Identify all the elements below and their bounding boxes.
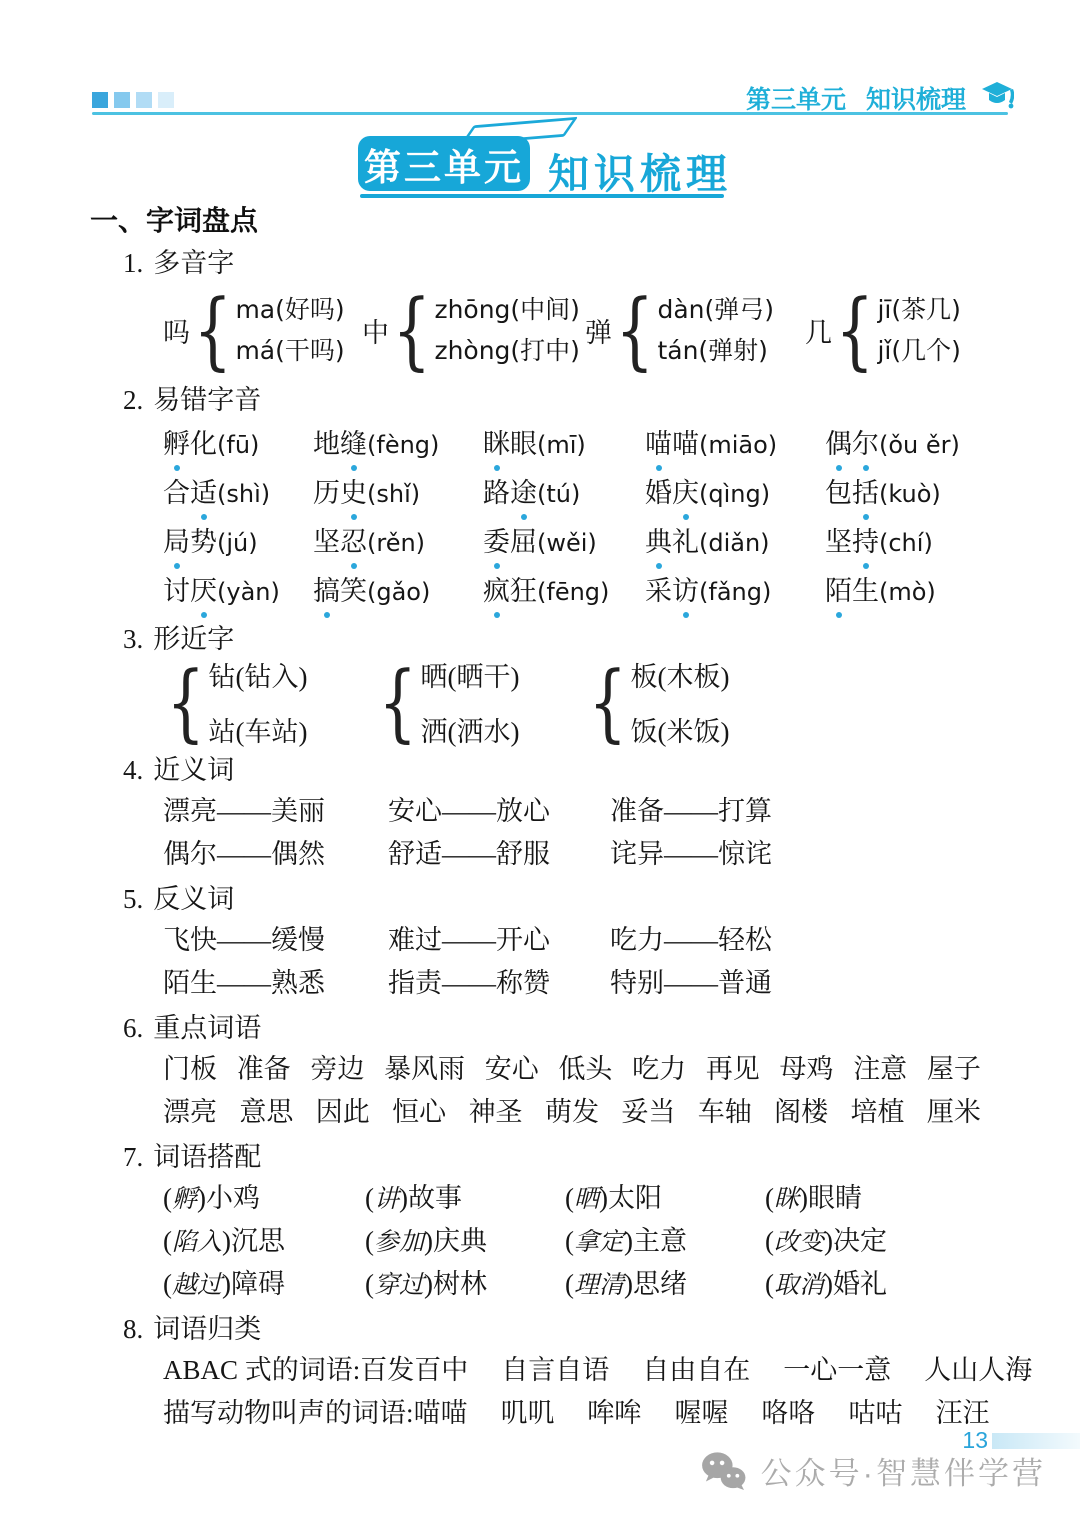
- pinyin-row: 局势(jú)坚忍(rěn)委屈(wěi)典礼(diǎn)坚持(chí): [163, 515, 1014, 564]
- word: 典礼: [645, 527, 699, 557]
- pair-bottom: 洒(洒水): [420, 710, 519, 749]
- char: 眯: [483, 422, 510, 461]
- word: 坚持: [825, 527, 879, 557]
- pinyin-item: 喵喵(miāo): [645, 422, 825, 461]
- antonym-pair: 特别——普通: [610, 961, 1014, 1000]
- lookalike-pair: 晒(晒干)洒(洒水): [420, 655, 519, 749]
- lookalike-group: {钻(钻入)站(车站): [163, 660, 375, 744]
- square-icon: [136, 92, 152, 108]
- grouping-word: 喔喔: [675, 1391, 729, 1430]
- word: 疯狂: [483, 576, 537, 606]
- fill-word: 参加: [374, 1229, 424, 1256]
- char: 地: [313, 422, 340, 461]
- char: 缝: [340, 422, 367, 461]
- char: 屈: [510, 520, 537, 559]
- head-word: 太阳: [608, 1183, 662, 1213]
- pinyin-item: 陌生(mò): [825, 569, 1014, 608]
- word: 地缝: [313, 429, 367, 459]
- header-squares: [92, 92, 174, 108]
- keyword: 旁边: [310, 1047, 364, 1086]
- square-icon: [92, 92, 108, 108]
- head-word: 障碍: [231, 1269, 285, 1299]
- item-heading-keywords: 6.重点词语: [123, 1013, 1014, 1043]
- banner-box: 第三单元: [358, 136, 530, 191]
- char: 势: [190, 520, 217, 559]
- brace-icon: {: [378, 660, 416, 744]
- pinyin-rows: 孵化(fū)地缝(fèng)眯眼(mī)喵喵(miāo)偶尔(ǒu ěr)合适(…: [90, 417, 1014, 613]
- collocation: (穿过)树林: [365, 1262, 565, 1301]
- watermark-text: 公众号·智慧伴学营: [761, 1448, 1046, 1493]
- fill-word: 理清: [574, 1272, 624, 1299]
- pinyin-item: 孵化(fū): [163, 422, 313, 461]
- collocation-row: (越过)障碍(穿过)树林(理清)思绪(取消)婚礼: [163, 1260, 1014, 1303]
- grouping-words: 百发百中自言自语自由自在一心一意人山人海: [360, 1348, 1032, 1387]
- square-icon: [114, 92, 130, 108]
- antonym-rows: 飞快——缓慢难过——开心吃力——轻松陌生——熟悉指责——称赞特别——普通: [90, 916, 1014, 1002]
- pinyin: (wěi): [537, 529, 597, 557]
- fill-word: 讲: [374, 1186, 399, 1213]
- lookalike-groups: {钻(钻入)站(车站){晒(晒干)洒(洒水){板(木板)饭(米饭): [163, 660, 1014, 744]
- keyword: 阁楼: [774, 1090, 828, 1129]
- keyword: 车轴: [698, 1090, 752, 1129]
- pinyin: (shǐ): [367, 480, 420, 508]
- pinyin-item: 局势(jú): [163, 520, 313, 559]
- collocation: (参加)庆典: [365, 1219, 565, 1258]
- char: 讨: [163, 569, 190, 608]
- synonym-pair: 准备——打算: [610, 789, 1014, 828]
- pinyin-item: 地缝(fèng): [313, 422, 483, 461]
- pinyin: (ǒu ěr): [879, 431, 960, 459]
- paren: ): [824, 1269, 833, 1299]
- polyphone-group: 弹{dàn(弹弓)tán(弹射): [585, 286, 805, 374]
- word: 委屈: [483, 527, 537, 557]
- brace-icon: {: [588, 660, 626, 744]
- lookalike-pair: 钻(钻入)站(车站): [208, 655, 307, 749]
- polyphone-readings: jī(茶几)jǐ(几个): [877, 297, 960, 364]
- keyword: 低头: [558, 1047, 612, 1086]
- keyword: 暴风雨: [384, 1047, 465, 1086]
- synonym-pair-row: 偶尔——偶然舒适——舒服诧异——惊诧: [163, 830, 1014, 873]
- keyword: 再见: [706, 1047, 760, 1086]
- head-word: 沉思: [231, 1226, 285, 1256]
- char: 尔: [852, 422, 879, 461]
- pinyin-item: 眯眼(mī): [483, 422, 645, 461]
- synonym-pair: 安心——放心: [388, 789, 610, 828]
- brace-icon: {: [615, 288, 653, 372]
- header-corner: 第三单元 知识梳理: [746, 80, 1014, 116]
- paren: (: [365, 1226, 374, 1256]
- word: 局势: [163, 527, 217, 557]
- item-number: 2.: [123, 385, 143, 415]
- antonym-pair: 飞快——缓慢: [163, 918, 388, 957]
- pinyin-item: 讨厌(yàn): [163, 569, 313, 608]
- reading-bottom: zhòng(打中): [434, 338, 579, 364]
- char: 礼: [672, 520, 699, 559]
- char: 局: [163, 520, 190, 559]
- fill-word: 越过: [172, 1272, 222, 1299]
- pair-top: 晒(晒干): [420, 655, 519, 694]
- word: 包括: [825, 478, 879, 508]
- pinyin-item: 疯狂(fēng): [483, 569, 645, 608]
- corner-title-label: 知识梳理: [866, 80, 966, 116]
- collocation-row: (孵)小鸡(讲)故事(晒)太阳(眯)眼睛: [163, 1174, 1014, 1217]
- grouping-word: 一心一意: [783, 1348, 891, 1387]
- paren: (: [765, 1269, 774, 1299]
- paren: (: [565, 1183, 574, 1213]
- content: 一、字词盘点 1.多音字 吗{ma(好吗)má(干吗)中{zhōng(中间)zh…: [90, 205, 1014, 1432]
- keyword: 注意: [853, 1047, 907, 1086]
- paren: ): [222, 1269, 231, 1299]
- keyword: 因此: [316, 1090, 370, 1129]
- item-title: 近义词: [153, 755, 234, 785]
- synonym-pair-row: 漂亮——美丽安心——放心准备——打算: [163, 787, 1014, 830]
- lookalike-pair: 板(木板)饭(米饭): [630, 655, 729, 749]
- pinyin: (jú): [217, 529, 258, 557]
- word: 搞笑: [313, 576, 367, 606]
- item-title: 词语归类: [153, 1314, 261, 1344]
- watermark: 公众号·智慧伴学营: [701, 1448, 1046, 1493]
- fill-word: 晒: [574, 1186, 599, 1213]
- paren: (: [163, 1226, 172, 1256]
- grouping-word: 叽叽: [501, 1391, 555, 1430]
- keyword: 意思: [239, 1090, 293, 1129]
- item-number: 3.: [123, 624, 143, 654]
- paren: (: [365, 1183, 374, 1213]
- fill-word: 拿定: [574, 1229, 624, 1256]
- fill-word: 改变: [774, 1229, 824, 1256]
- pinyin-item: 典礼(diǎn): [645, 520, 825, 559]
- char: 包: [825, 471, 852, 510]
- item-number: 5.: [123, 884, 143, 914]
- brace-icon: {: [392, 288, 430, 372]
- pair-bottom: 站(车站): [208, 710, 307, 749]
- grouping-word: 咯咯: [762, 1391, 816, 1430]
- paren: ): [399, 1183, 408, 1213]
- pinyin-item: 婚庆(qìng): [645, 471, 825, 510]
- synonym-rows: 漂亮——美丽安心——放心准备——打算偶尔——偶然舒适——舒服诧异——惊诧: [90, 787, 1014, 873]
- page-number-bar: [992, 1433, 1080, 1449]
- paren: ): [799, 1183, 808, 1213]
- keyword: 准备: [237, 1047, 291, 1086]
- grouping-line: 描写动物叫声的词语:喵喵叽叽哞哞喔喔咯咯咕咕汪汪: [163, 1389, 1014, 1432]
- item-title: 形近字: [153, 624, 234, 654]
- pinyin: (fū): [217, 431, 259, 459]
- char: 陌: [825, 569, 852, 608]
- pinyin-item: 搞笑(gǎo): [313, 569, 483, 608]
- pair-top: 钻(钻入): [208, 655, 307, 694]
- lookalike-group: {板(木板)饭(米饭): [585, 660, 729, 744]
- paren: ): [197, 1183, 206, 1213]
- char: 坚: [825, 520, 852, 559]
- pinyin-row: 孵化(fū)地缝(fèng)眯眼(mī)喵喵(miāo)偶尔(ǒu ěr): [163, 417, 1014, 466]
- pinyin: (rěn): [367, 529, 425, 557]
- word: 眯眼: [483, 429, 537, 459]
- lookalike-group: {晒(晒干)洒(洒水): [375, 660, 585, 744]
- char: 路: [483, 471, 510, 510]
- head-word: 眼睛: [808, 1183, 862, 1213]
- grouping-rows: ABAC 式的词语:百发百中自言自语自由自在一心一意人山人海描写动物叫声的词语:…: [90, 1346, 1014, 1432]
- item-title: 反义词: [153, 884, 234, 914]
- char: 庆: [672, 471, 699, 510]
- grouping-label: 描写动物叫声的词语:: [163, 1391, 414, 1430]
- char: 括: [852, 471, 879, 510]
- collocation: (眯)眼睛: [765, 1176, 1014, 1215]
- char: 典: [645, 520, 672, 559]
- item-number: 8.: [123, 1314, 143, 1344]
- antonym-pair-row: 陌生——熟悉指责——称赞特别——普通: [163, 959, 1014, 1002]
- char: 持: [852, 520, 879, 559]
- item-title: 多音字: [153, 248, 234, 278]
- pinyin-row: 合适(shì)历史(shǐ)路途(tú)婚庆(qìng)包括(kuò): [163, 466, 1014, 515]
- pair-bottom: 饭(米饭): [630, 710, 729, 749]
- collocation: (改变)决定: [765, 1219, 1014, 1258]
- item-number: 6.: [123, 1013, 143, 1043]
- paren: ): [624, 1269, 633, 1299]
- pinyin: (gǎo): [367, 578, 430, 606]
- keyword: 妥当: [621, 1090, 675, 1129]
- grouping-label: ABAC 式的词语:: [163, 1348, 360, 1387]
- paren: (: [765, 1226, 774, 1256]
- pinyin-item: 包括(kuò): [825, 471, 1014, 510]
- grouping-word: 哞哞: [588, 1391, 642, 1430]
- grouping-word: 百发百中: [360, 1348, 468, 1387]
- word: 历史: [313, 478, 367, 508]
- grouping-word: 喵喵: [414, 1391, 468, 1430]
- collocation: (孵)小鸡: [163, 1176, 365, 1215]
- char: 婚: [645, 471, 672, 510]
- word: 坚忍: [313, 527, 367, 557]
- banner-title: 知识梳理: [548, 141, 732, 200]
- pinyin-item: 委屈(wěi): [483, 520, 645, 559]
- char: 史: [340, 471, 367, 510]
- pinyin: (fèng): [367, 431, 439, 459]
- item-number: 7.: [123, 1142, 143, 1172]
- item-heading-polyphones: 1.多音字: [123, 248, 1014, 278]
- paren: ): [424, 1269, 433, 1299]
- word: 孵化: [163, 429, 217, 459]
- corner-unit-label: 第三单元: [746, 80, 846, 116]
- word: 陌生: [825, 576, 879, 606]
- polyphone-groups: 吗{ma(好吗)má(干吗)中{zhōng(中间)zhòng(打中)弹{dàn(…: [163, 286, 1014, 374]
- keyword: 萌发: [545, 1090, 599, 1129]
- paren: ): [424, 1226, 433, 1256]
- word: 讨厌: [163, 576, 217, 606]
- paren: (: [565, 1269, 574, 1299]
- head-word: 庆典: [433, 1226, 487, 1256]
- grouping-word: 人山人海: [924, 1348, 1032, 1387]
- head-word: 故事: [408, 1183, 462, 1213]
- keyword: 培植: [851, 1090, 905, 1129]
- char: 喵: [672, 422, 699, 461]
- collocation: (陷入)沉思: [163, 1219, 365, 1258]
- pinyin: (mī): [537, 431, 586, 459]
- word: 喵喵: [645, 429, 699, 459]
- char: 采: [645, 569, 672, 608]
- keyword-rows: 门板准备旁边暴风雨安心低头吃力再见母鸡注意屋子漂亮意思因此恒心神圣萌发妥当车轴阁…: [90, 1045, 1014, 1131]
- collocation: (晒)太阳: [565, 1176, 765, 1215]
- pinyin: (tú): [537, 480, 580, 508]
- pinyin: (shì): [217, 480, 270, 508]
- synonym-pair: 舒适——舒服: [388, 832, 610, 871]
- paren: (: [163, 1269, 172, 1299]
- item-heading-synonyms: 4.近义词: [123, 755, 1014, 785]
- polyphone-readings: zhōng(中间)zhòng(打中): [434, 297, 579, 364]
- collocation: (拿定)主意: [565, 1219, 765, 1258]
- collocation-row: (陷入)沉思(参加)庆典(拿定)主意(改变)决定: [163, 1217, 1014, 1260]
- fill-word: 取消: [774, 1272, 824, 1299]
- char: 化: [190, 422, 217, 461]
- pinyin: (qìng): [699, 480, 770, 508]
- keyword: 神圣: [469, 1090, 523, 1129]
- pinyin-item: 采访(fǎng): [645, 569, 825, 608]
- char: 生: [852, 569, 879, 608]
- pinyin: (fēng): [537, 578, 609, 606]
- fill-word: 眯: [774, 1186, 799, 1213]
- head-word: 思绪: [633, 1269, 687, 1299]
- paren: ): [599, 1183, 608, 1213]
- polyphone-group: 中{zhōng(中间)zhòng(打中): [362, 286, 585, 374]
- word: 路途: [483, 478, 537, 508]
- paren: (: [365, 1269, 374, 1299]
- collocation: (取消)婚礼: [765, 1262, 1014, 1301]
- item-title: 重点词语: [153, 1013, 261, 1043]
- item-title: 词语搭配: [153, 1142, 261, 1172]
- char: 适: [190, 471, 217, 510]
- reading-top: dàn(弹弓): [657, 297, 774, 323]
- pinyin-item: 路途(tú): [483, 471, 645, 510]
- char: 访: [672, 569, 699, 608]
- char: 坚: [313, 520, 340, 559]
- pinyin: (yàn): [217, 578, 280, 606]
- item-heading-collocations: 7.词语搭配: [123, 1142, 1014, 1172]
- graduation-cap-icon: [980, 78, 1014, 110]
- char: 历: [313, 471, 340, 510]
- banner-unit: 第三单元: [364, 137, 524, 191]
- pinyin-item: 合适(shì): [163, 471, 313, 510]
- reading-bottom: jǐ(几个): [877, 338, 960, 364]
- word: 采访: [645, 576, 699, 606]
- item-heading-error-prone: 2.易错字音: [123, 385, 1014, 415]
- char: 喵: [645, 422, 672, 461]
- brace-icon: {: [835, 288, 873, 372]
- fill-word: 陷入: [172, 1229, 222, 1256]
- fill-word: 穿过: [374, 1272, 424, 1299]
- keyword: 厘米: [927, 1090, 981, 1129]
- pinyin-item: 坚持(chí): [825, 520, 1014, 559]
- word: 偶尔: [825, 429, 879, 459]
- keyword: 漂亮: [163, 1090, 217, 1129]
- antonym-pair: 难过——开心: [388, 918, 610, 957]
- brace-icon: {: [166, 660, 204, 744]
- banner-underline: [360, 194, 724, 198]
- keyword: 恒心: [392, 1090, 446, 1129]
- grouping-word: 咕咕: [849, 1391, 903, 1430]
- head-word: 小鸡: [206, 1183, 260, 1213]
- keyword-row: 漂亮意思因此恒心神圣萌发妥当车轴阁楼培植厘米: [163, 1088, 981, 1131]
- paren: ): [624, 1226, 633, 1256]
- pinyin-item: 历史(shǐ): [313, 471, 483, 510]
- char: 疯: [483, 569, 510, 608]
- char: 偶: [825, 422, 852, 461]
- paren: (: [163, 1183, 172, 1213]
- item-heading-lookalike: 3.形近字: [123, 624, 1014, 654]
- grouping-word: 自由自在: [642, 1348, 750, 1387]
- item-number: 4.: [123, 755, 143, 785]
- char: 眼: [510, 422, 537, 461]
- pair-top: 板(木板): [630, 655, 729, 694]
- item-number: 1.: [123, 248, 143, 278]
- pinyin: (diǎn): [699, 529, 770, 557]
- polyphone-char: 弹: [585, 311, 612, 350]
- pinyin: (kuò): [879, 480, 941, 508]
- collocation-rows: (孵)小鸡(讲)故事(晒)太阳(眯)眼睛(陷入)沉思(参加)庆典(拿定)主意(改…: [90, 1174, 1014, 1303]
- wechat-icon: [701, 1451, 747, 1491]
- item-title: 易错字音: [153, 385, 261, 415]
- synonym-pair: 偶尔——偶然: [163, 832, 388, 871]
- char: 委: [483, 520, 510, 559]
- paren: (: [765, 1183, 774, 1213]
- polyphone-group: 吗{ma(好吗)má(干吗): [163, 286, 362, 374]
- char: 途: [510, 471, 537, 510]
- keyword: 母鸡: [780, 1047, 834, 1086]
- antonym-pair: 陌生——熟悉: [163, 961, 388, 1000]
- word: 合适: [163, 478, 217, 508]
- pinyin-row: 讨厌(yàn)搞笑(gǎo)疯狂(fēng)采访(fǎng)陌生(mò): [163, 564, 1014, 613]
- char: 合: [163, 471, 190, 510]
- head-word: 婚礼: [833, 1269, 887, 1299]
- pinyin: (fǎng): [699, 578, 771, 606]
- item-heading-grouping: 8.词语归类: [123, 1314, 1014, 1344]
- reading-top: ma(好吗): [235, 297, 344, 323]
- pinyin-item: 偶尔(ǒu ěr): [825, 422, 1014, 461]
- pinyin: (miāo): [699, 431, 777, 459]
- reading-top: jī(茶几): [877, 297, 960, 323]
- polyphone-char: 吗: [163, 311, 190, 350]
- collocation: (理清)思绪: [565, 1262, 765, 1301]
- reading-bottom: má(干吗): [235, 338, 344, 364]
- section-heading: 一、字词盘点: [90, 205, 1014, 237]
- polyphone-readings: ma(好吗)má(干吗): [235, 297, 344, 364]
- char: 忍: [340, 520, 367, 559]
- square-icon: [158, 92, 174, 108]
- antonym-pair: 指责——称赞: [388, 961, 610, 1000]
- pinyin: (chí): [879, 529, 933, 557]
- pinyin-item: 坚忍(rěn): [313, 520, 483, 559]
- item-heading-antonyms: 5.反义词: [123, 884, 1014, 914]
- synonym-pair: 漂亮——美丽: [163, 789, 388, 828]
- polyphone-readings: dàn(弹弓)tán(弹射): [657, 297, 774, 364]
- reading-top: zhōng(中间): [434, 297, 579, 323]
- polyphone-char: 几: [805, 311, 832, 350]
- head-word: 决定: [833, 1226, 887, 1256]
- grouping-line: ABAC 式的词语:百发百中自言自语自由自在一心一意人山人海: [163, 1346, 1014, 1389]
- grouping-words: 喵喵叽叽哞哞喔喔咯咯咕咕汪汪: [414, 1391, 990, 1430]
- char: 孵: [163, 422, 190, 461]
- char: 狂: [510, 569, 537, 608]
- paren: ): [222, 1226, 231, 1256]
- paren: ): [824, 1226, 833, 1256]
- polyphone-group: 几{jī(茶几)jǐ(几个): [805, 286, 961, 374]
- head-word: 树林: [433, 1269, 487, 1299]
- grouping-word: 汪汪: [936, 1391, 990, 1430]
- collocation: (讲)故事: [365, 1176, 565, 1215]
- collocation: (越过)障碍: [163, 1262, 365, 1301]
- char: 搞: [313, 569, 340, 608]
- keyword: 门板: [163, 1047, 217, 1086]
- grouping-word: 自言自语: [501, 1348, 609, 1387]
- keyword-row: 门板准备旁边暴风雨安心低头吃力再见母鸡注意屋子: [163, 1045, 981, 1088]
- reading-bottom: tán(弹射): [657, 338, 774, 364]
